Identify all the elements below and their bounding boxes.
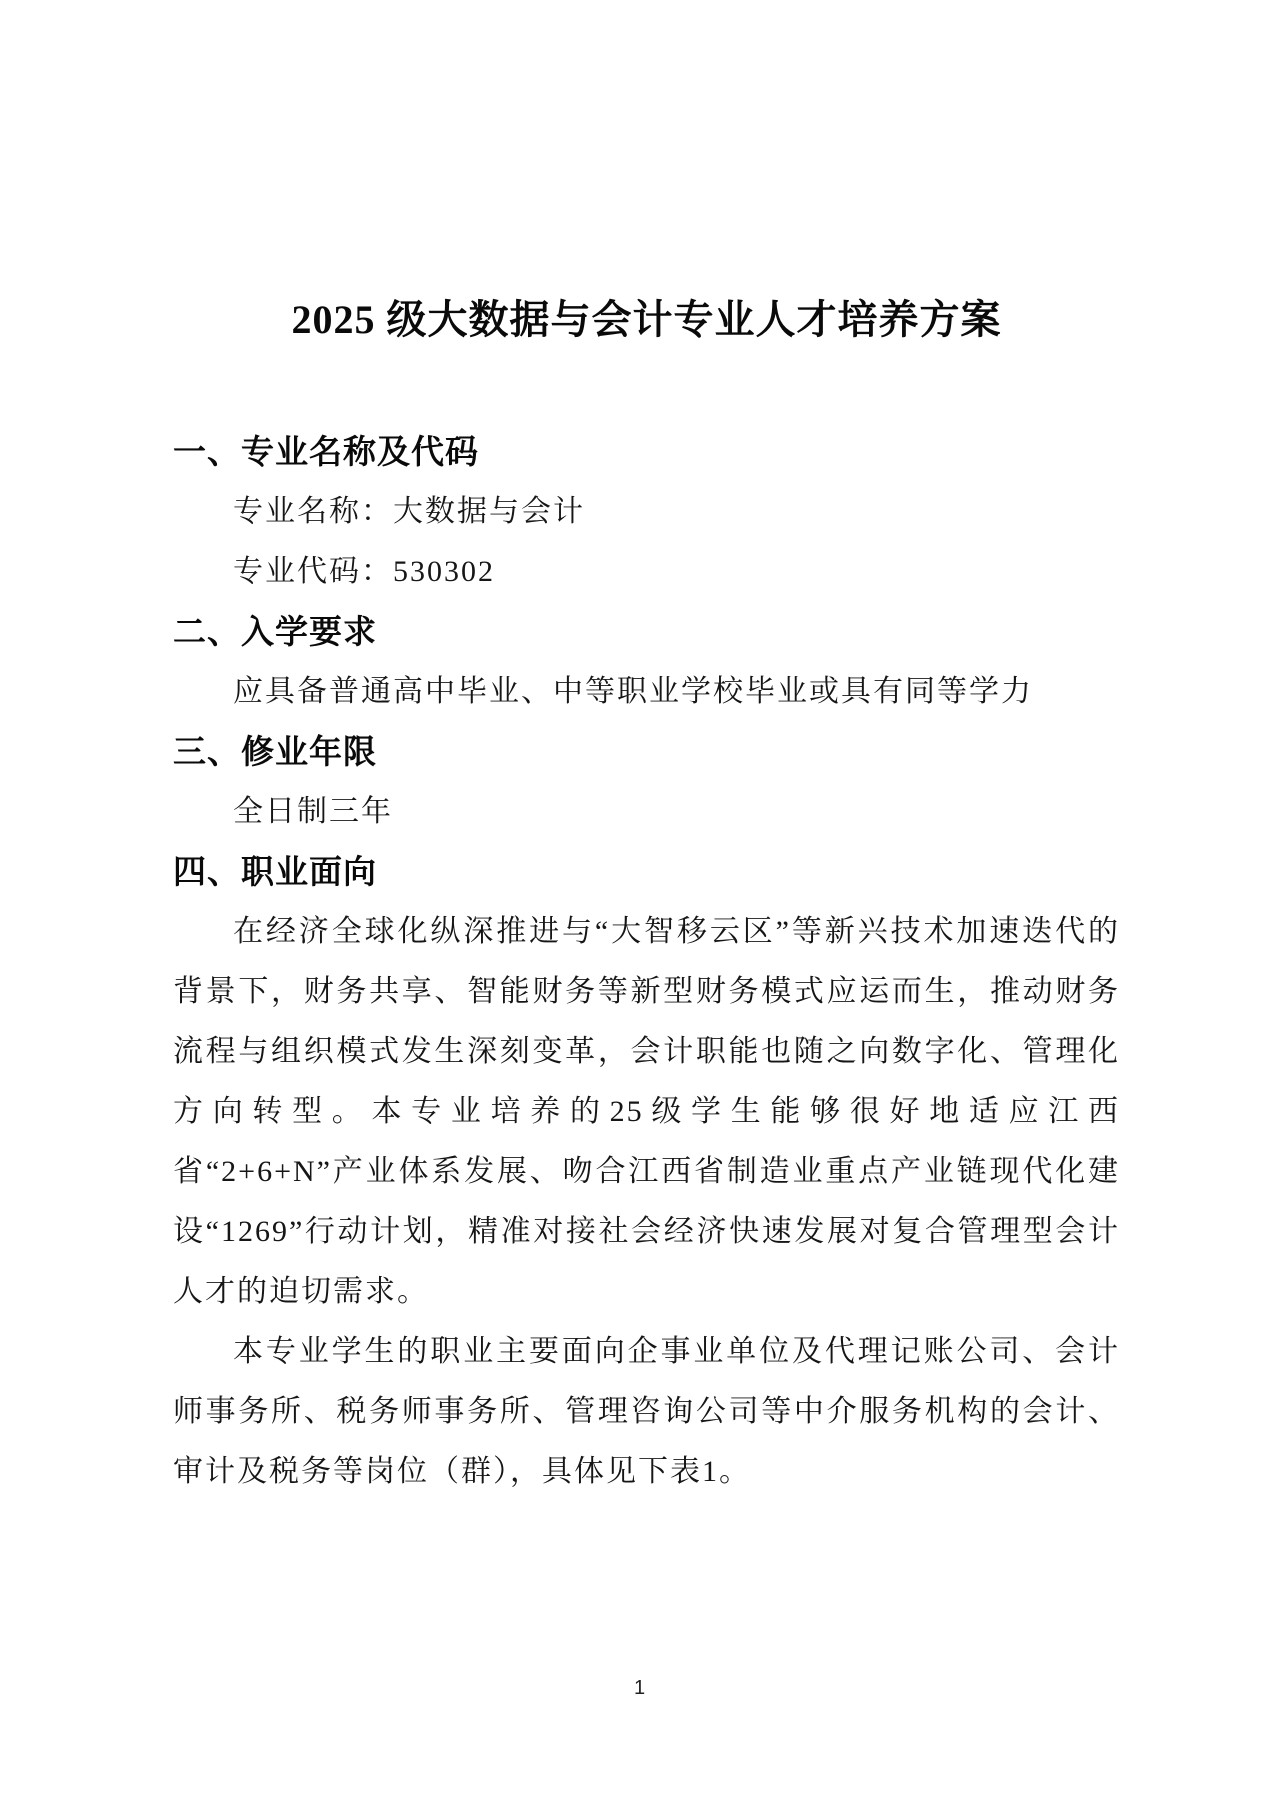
major-name-line: 专业名称：大数据与会计 xyxy=(173,482,1120,542)
page-number: 1 xyxy=(0,1676,1279,1700)
section-4-heading: 四、职业面向 xyxy=(173,842,1120,902)
major-code-line: 专业代码：530302 xyxy=(173,542,1120,602)
document-title: 2025 级大数据与会计专业人才培养方案 xyxy=(173,0,1120,344)
career-orientation-paragraph-1: 在经济全球化纵深推进与“大智移云区”等新兴技术加速迭代的背景下，财务共享、智能财… xyxy=(173,902,1120,1322)
document-page: 2025 级大数据与会计专业人才培养方案 一、专业名称及代码 专业名称：大数据与… xyxy=(0,0,1279,1809)
document-content: 2025 级大数据与会计专业人才培养方案 一、专业名称及代码 专业名称：大数据与… xyxy=(173,0,1120,1502)
section-1-heading: 一、专业名称及代码 xyxy=(173,422,1120,482)
study-duration-line: 全日制三年 xyxy=(173,782,1120,842)
section-3-heading: 三、修业年限 xyxy=(173,722,1120,782)
career-orientation-paragraph-2: 本专业学生的职业主要面向企事业单位及代理记账公司、会计师事务所、税务师事务所、管… xyxy=(173,1322,1120,1502)
admission-requirement-line: 应具备普通高中毕业、中等职业学校毕业或具有同等学力 xyxy=(173,662,1120,722)
section-2-heading: 二、入学要求 xyxy=(173,602,1120,662)
